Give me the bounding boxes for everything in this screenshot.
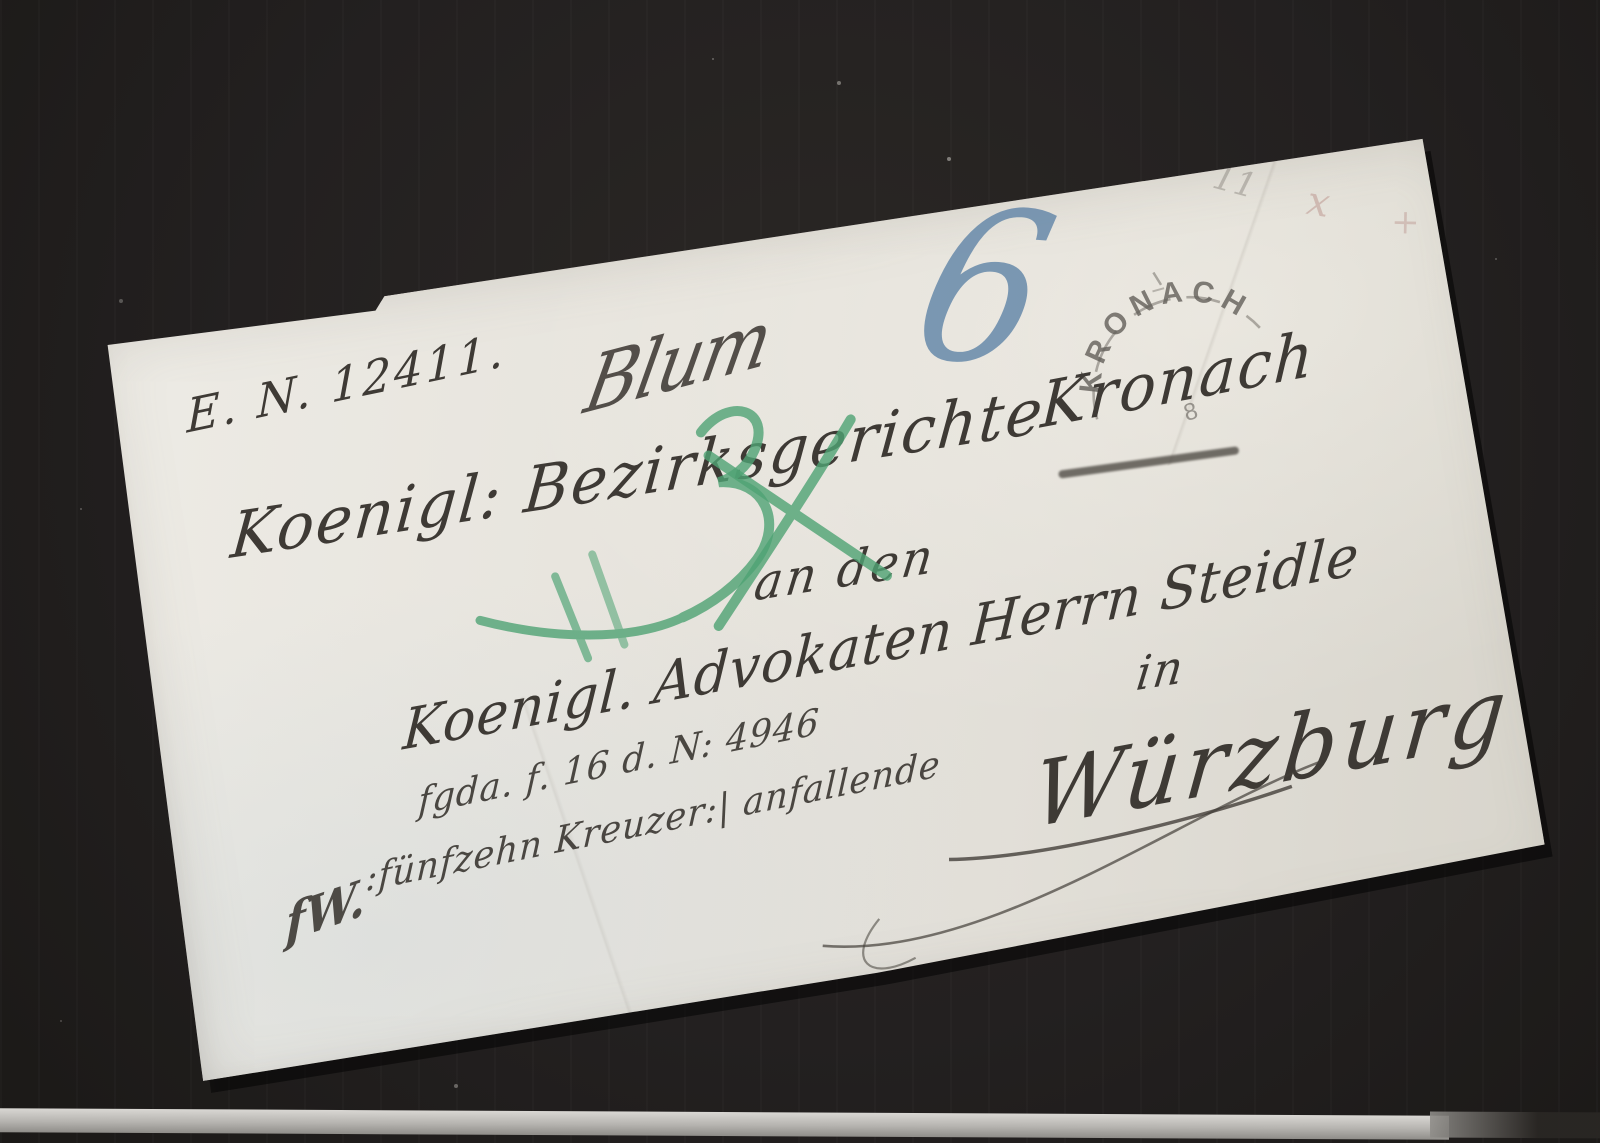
photo-backdrop: 11 x + E. N. 12411. Blum 6 KRONACH 8 Koe… [0,0,1600,1143]
address-place-wuerzburg: Würzburg [1030,664,1515,841]
dust-specks [0,0,2,2]
backdrop-ledge [0,1108,1449,1140]
faint-red-crayon-mark: + [1391,202,1420,243]
sender-flourish-word: Blum [579,298,777,427]
postal-cover: 11 x + E. N. 12411. Blum 6 KRONACH 8 Koe… [80,116,1584,1110]
address-line-in: in [1134,643,1188,698]
registry-number: E. N. 12411. [187,326,507,440]
backdrop-ledge-fade [1430,1112,1600,1139]
address-line-an-den: an den [752,531,939,608]
